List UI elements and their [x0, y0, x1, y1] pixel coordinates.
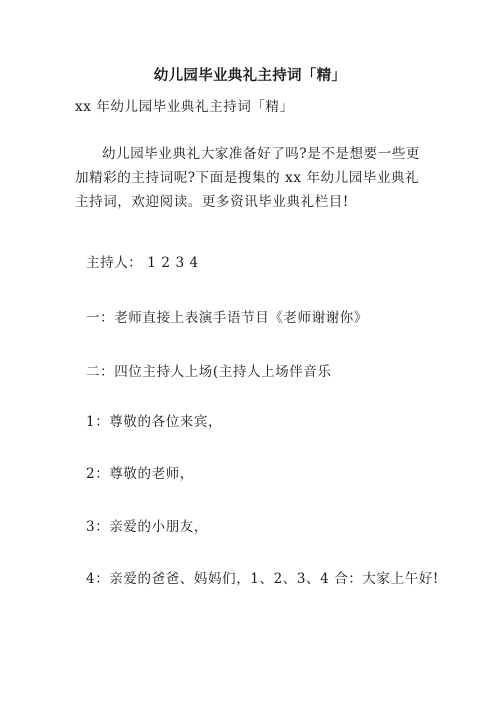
document-page: 幼儿园毕业典礼主持词「精」 xx 年幼儿园毕业典礼主持词「精」 幼儿园毕业典礼大… [0, 0, 500, 708]
host-line-4: 4：亲爱的爸爸、妈妈们，1、2、3、4 合：大家上午好! [86, 567, 439, 587]
document-title: 幼儿园毕业典礼主持词「精」 [0, 64, 500, 85]
host-line-1: 1：尊敬的各位来宾， [86, 410, 222, 430]
intro-paragraph: 幼儿园毕业典礼大家准备好了吗?是不是想要一些更加精彩的主持词呢?下面是搜集的 x… [75, 142, 425, 214]
host-line-3: 3：亲爱的小朋友， [86, 515, 208, 535]
program-step-1: 一：老师直接上表演手语节目《老师谢谢你》 [86, 306, 368, 326]
host-list-line: 主持人： 1 2 3 4 [86, 251, 199, 271]
document-subtitle: xx 年幼儿园毕业典礼主持词「精」 [75, 95, 294, 115]
host-line-2: 2：尊敬的老师， [86, 462, 194, 482]
program-step-2: 二：四位主持人上场(主持人上场伴音乐 [86, 360, 332, 380]
